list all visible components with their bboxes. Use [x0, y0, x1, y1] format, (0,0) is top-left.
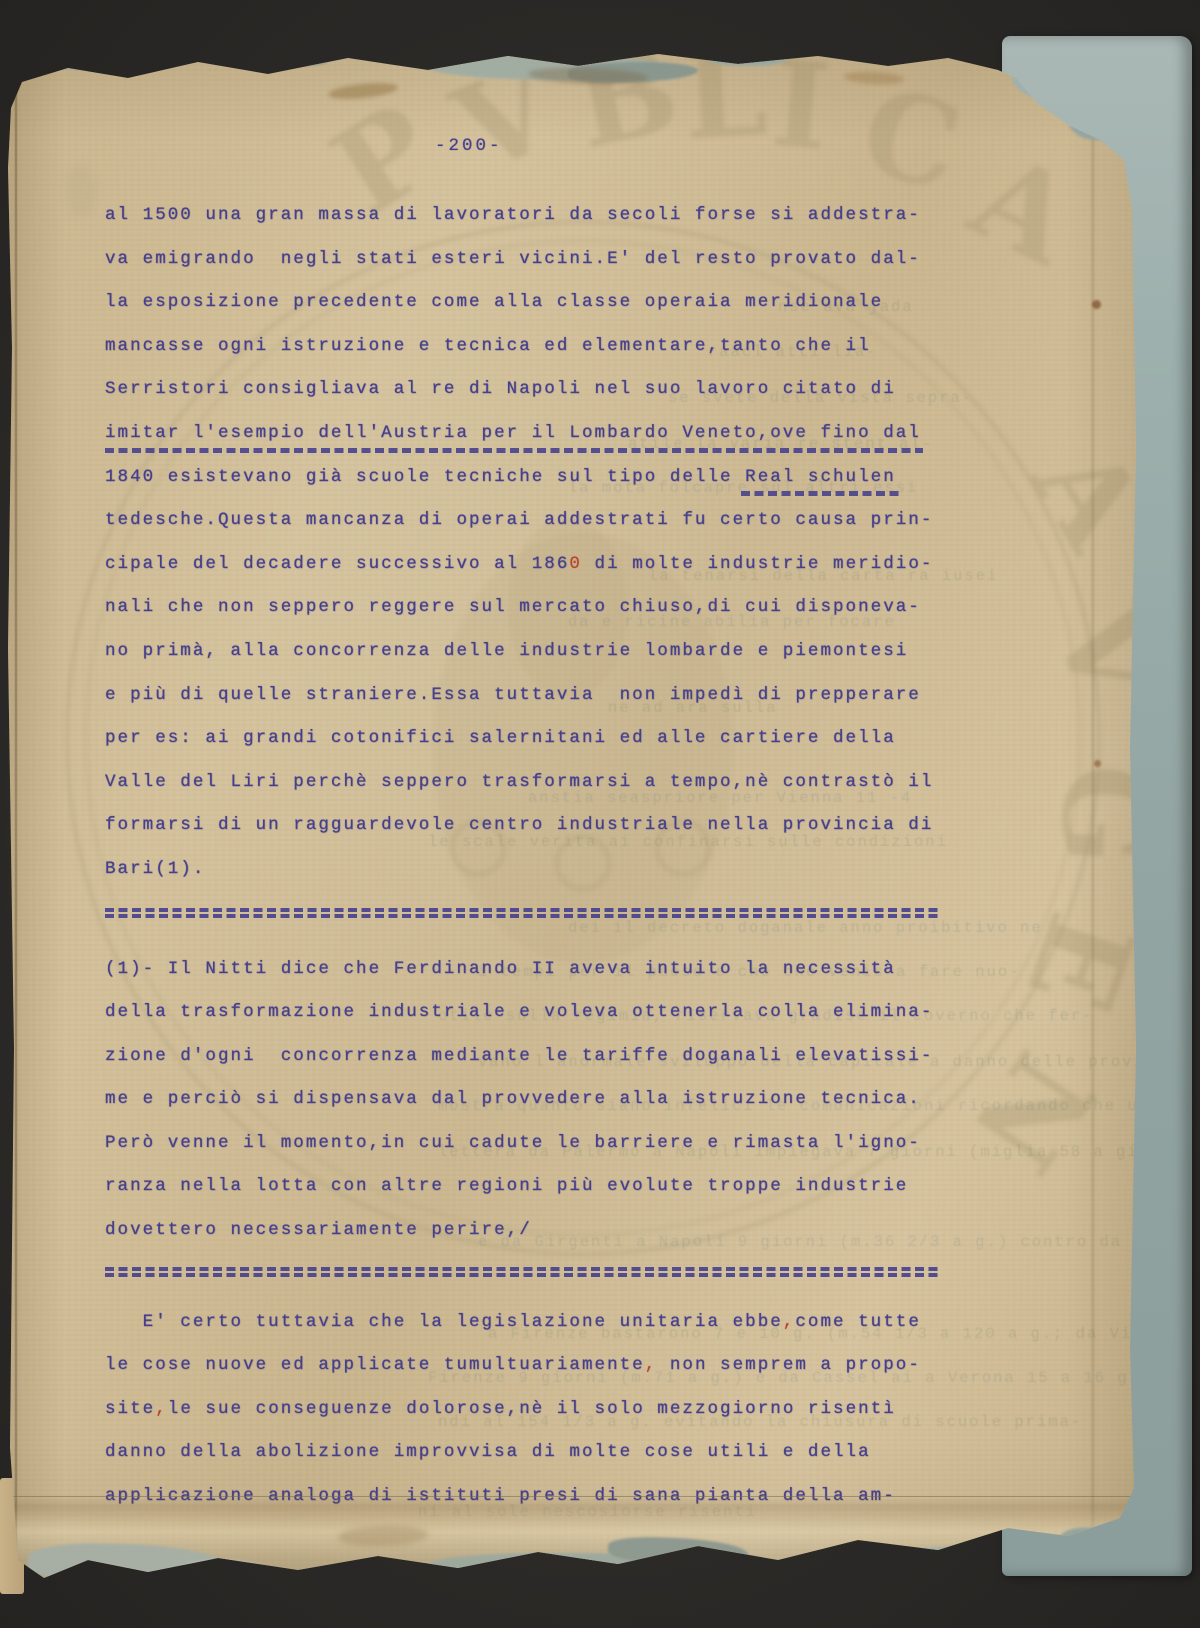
typed-text-segment: Bari(1).	[105, 859, 205, 879]
stamp-letter: V	[1029, 590, 1144, 718]
red-ink-correction: ,	[783, 1312, 796, 1332]
typed-line: e più di quelle straniere.Essa tuttavia …	[105, 674, 950, 718]
separator-dash-row	[105, 1273, 941, 1277]
typed-text-segment: di molte industrie meridio-	[582, 554, 933, 574]
page-number: -200-	[435, 136, 950, 156]
typed-line: mancasse ogni istruzione e tecnica ed el…	[105, 325, 950, 369]
typed-line: no primà, alla concorrenza delle industr…	[105, 630, 950, 674]
typed-text-segment: tedesche.Questa mancanza di operai addes…	[105, 510, 933, 530]
typed-line: formarsi di un ragguardevole centro indu…	[105, 804, 950, 848]
dashed-underline	[105, 448, 923, 453]
dashed-underline	[741, 491, 903, 496]
typed-text-segment: va emigrando negli stati esteri vicini.E…	[105, 249, 921, 269]
stamp-letter: G	[1034, 762, 1144, 868]
typed-text: -200- al 1500 una gran massa di lavorato…	[105, 136, 950, 1519]
typed-text-segment: Serristori consigliava al re di Napoli n…	[105, 379, 896, 399]
separator-dash-row	[105, 1267, 941, 1271]
stain-spot	[327, 80, 398, 101]
stain-spot	[844, 70, 905, 85]
typed-line: nali che non seppero reggere sul mercato…	[105, 586, 950, 630]
typed-line: va emigrando negli stati esteri vicini.E…	[105, 238, 950, 282]
typed-text-segment: le cose nuove ed applicate tumultuariame…	[105, 1355, 645, 1375]
typed-line: E' certo tuttavia che la legislazione un…	[105, 1301, 950, 1345]
typed-text-segment: non semprem a propo-	[657, 1355, 921, 1375]
typed-text-segment: cipale del decadere successivo al 186	[105, 554, 569, 574]
typed-line: Serristori consigliava al re di Napoli n…	[105, 368, 950, 412]
typed-text-segment: la esposizione precedente come alla clas…	[105, 292, 883, 312]
typed-text-segment: me e perciò si dispensava dal provvedere…	[105, 1089, 921, 1109]
typed-text-segment: zione d'ogni concorrenza mediante le tar…	[105, 1046, 933, 1066]
typed-text-segment: per es: ai grandi cotonifici salernitani…	[105, 728, 896, 748]
typed-text-segment: nali che non seppero reggere sul mercato…	[105, 597, 921, 617]
torn-paper-patch	[48, 47, 188, 71]
typed-text-segment: 1840 esistevano già scuole tecniche sul …	[105, 467, 896, 487]
typed-text-segment: E' certo tuttavia che la legislazione un…	[105, 1312, 783, 1332]
typed-text-segment: della trasformazione industriale e volev…	[105, 1002, 933, 1022]
typed-text-segment: (1)- Il Nitti dice che Ferdinando II ave…	[105, 959, 896, 979]
right-fold-crease	[1092, 108, 1094, 1528]
separator-dash-row	[105, 908, 941, 912]
typed-text-segment: mancasse ogni istruzione e tecnica ed el…	[105, 336, 871, 356]
stain-spot	[1094, 760, 1101, 767]
stamp-letter: A	[951, 126, 1096, 292]
binding-crease	[15, 74, 17, 1566]
typed-line: cipale del decadere successivo al 1860 d…	[105, 543, 950, 587]
document-page: PVBLICAAVGEN nse ava jadaraacl atti lia-…	[8, 48, 1144, 1596]
typed-line: per es: ai grandi cotonifici salernitani…	[105, 717, 950, 761]
typed-line: site,le sue conseguenze dolorose,nè il s…	[105, 1388, 950, 1432]
torn-paper-patch	[708, 50, 788, 66]
torn-paper-patch	[568, 60, 699, 85]
stain-spot	[66, 166, 96, 216]
typed-line: Però venne il momento,in cui cadute le b…	[105, 1122, 950, 1166]
typed-line: zione d'ogni concorrenza mediante le tar…	[105, 1035, 950, 1079]
typed-text-segment: Valle del Liri perchè seppero trasformar…	[105, 772, 933, 792]
typed-text-segment: danno della abolizione improvvisa di mol…	[105, 1442, 871, 1462]
typed-line: imitar l'esempio dell'Austria per il Lom…	[105, 412, 950, 456]
stain-spot	[528, 66, 648, 86]
typed-line: Valle del Liri perchè seppero trasformar…	[105, 761, 950, 805]
typed-text-segment: come tutte	[795, 1312, 921, 1332]
typed-line: Bari(1).	[105, 848, 950, 892]
typed-line: tedesche.Questa mancanza di operai addes…	[105, 499, 950, 543]
typed-line: al 1500 una gran massa di lavoratori da …	[105, 194, 950, 238]
typed-line: le cose nuove ed applicate tumultuariame…	[105, 1344, 950, 1388]
typed-text-segment: e più di quelle straniere.Essa tuttavia …	[105, 685, 921, 705]
typed-lines-container: al 1500 una gran massa di lavoratori da …	[105, 194, 950, 1519]
red-ink-correction: 0	[569, 554, 582, 574]
red-ink-correction: ,	[645, 1355, 658, 1375]
typed-line: della trasformazione industriale e volev…	[105, 991, 950, 1035]
typed-line: dovettero necessariamente perire,/	[105, 1209, 950, 1253]
typed-line: (1)- Il Nitti dice che Ferdinando II ave…	[105, 948, 950, 992]
typed-line: 1840 esistevano già scuole tecniche sul …	[105, 456, 950, 500]
typed-line: me e perciò si dispensava dal provvedere…	[105, 1078, 950, 1122]
typed-text-segment: Però venne il momento,in cui cadute le b…	[105, 1133, 921, 1153]
scanned-document-scene: PVBLICAAVGEN nse ava jadaraacl atti lia-…	[0, 0, 1200, 1628]
typed-text-segment: dovettero necessariamente perire,/	[105, 1220, 532, 1240]
typed-text-segment: ranza nella lotta con altre regioni più …	[105, 1176, 908, 1196]
typed-text-segment: formarsi di un ragguardevole centro indu…	[105, 815, 933, 835]
torn-paper-patch	[238, 50, 328, 67]
stamp-letter: A	[1005, 420, 1144, 572]
typed-line: danno della abolizione improvvisa di mol…	[105, 1431, 950, 1475]
red-ink-correction: ,	[155, 1399, 168, 1419]
bottom-crumpled-fold	[8, 1496, 1144, 1596]
typed-line: ranza nella lotta con altre regioni più …	[105, 1165, 950, 1209]
torn-paper-patch	[428, 52, 678, 82]
typed-text-segment: le sue conseguenze dolorose,nè il solo m…	[168, 1399, 896, 1419]
typed-text-segment: site	[105, 1399, 155, 1419]
typed-text-segment: imitar l'esempio dell'Austria per il Lom…	[105, 423, 921, 443]
typed-line: la esposizione precedente come alla clas…	[105, 281, 950, 325]
separator-dash-row	[105, 914, 941, 918]
typed-text-segment: al 1500 una gran massa di lavoratori da …	[105, 205, 921, 225]
stamp-letter: E	[1000, 897, 1144, 1027]
dashed-separator-line	[105, 1253, 941, 1301]
typed-text-segment: no primà, alla concorrenza delle industr…	[105, 641, 908, 661]
dashed-separator-line	[105, 892, 941, 948]
